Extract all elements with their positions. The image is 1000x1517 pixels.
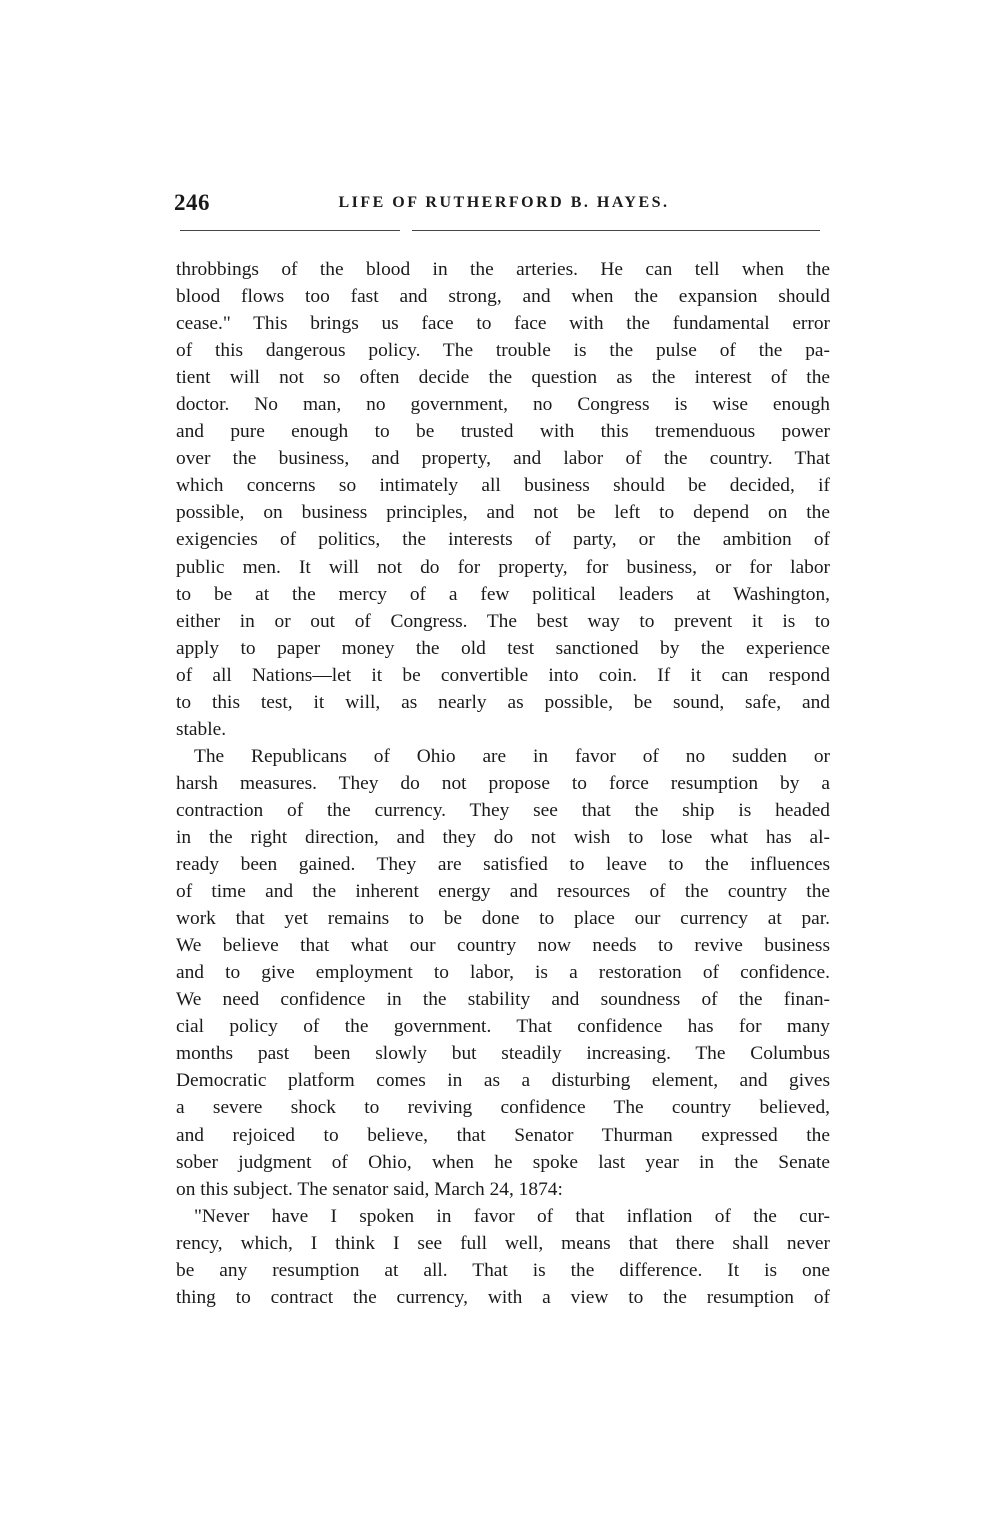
text-line: "Never have I spoken in favor of that in… xyxy=(176,1203,830,1230)
text-line: over the business, and property, and lab… xyxy=(176,445,830,472)
body-text: throbbings of the blood in the arteries.… xyxy=(176,256,830,1311)
text-line: thing to contract the currency, with a v… xyxy=(176,1284,830,1311)
text-line: Democratic platform comes in as a distur… xyxy=(176,1067,830,1094)
header-rule xyxy=(180,230,820,231)
text-line: cease." This brings us face to face with… xyxy=(176,310,830,337)
running-head: LIFE OF RUTHERFORD B. HAYES. xyxy=(244,194,764,212)
text-line: possible, on business principles, and no… xyxy=(176,499,830,526)
text-line: and pure enough to be trusted with this … xyxy=(176,418,830,445)
page-number: 246 xyxy=(174,190,210,216)
text-line: We believe that what our country now nee… xyxy=(176,932,830,959)
text-line: to be at the mercy of a few political le… xyxy=(176,581,830,608)
text-line: of all Nations—let it be convertible int… xyxy=(176,662,830,689)
text-line: doctor. No man, no government, no Congre… xyxy=(176,391,830,418)
text-line: contraction of the currency. They see th… xyxy=(176,797,830,824)
text-line: apply to paper money the old test sancti… xyxy=(176,635,830,662)
page-header: 246 LIFE OF RUTHERFORD B. HAYES. xyxy=(174,190,826,220)
text-line: exigencies of politics, the interests of… xyxy=(176,526,830,553)
text-line: blood flows too fast and strong, and whe… xyxy=(176,283,830,310)
text-line: stable. xyxy=(176,716,830,743)
text-line: of time and the inherent energy and reso… xyxy=(176,878,830,905)
text-line: be any resumption at all. That is the di… xyxy=(176,1257,830,1284)
text-line: and to give employment to labor, is a re… xyxy=(176,959,830,986)
text-line: We need confidence in the stability and … xyxy=(176,986,830,1013)
text-line: and rejoiced to believe, that Senator Th… xyxy=(176,1122,830,1149)
text-line: a severe shock to reviving confidence Th… xyxy=(176,1094,830,1121)
header-rule-gap xyxy=(400,226,412,234)
text-line: ready been gained. They are satisfied to… xyxy=(176,851,830,878)
text-line: which concerns so intimately all busines… xyxy=(176,472,830,499)
text-line: sober judgment of Ohio, when he spoke la… xyxy=(176,1149,830,1176)
text-line: on this subject. The senator said, March… xyxy=(176,1176,830,1203)
text-line: rency, which, I think I see full well, m… xyxy=(176,1230,830,1257)
text-line: either in or out of Congress. The best w… xyxy=(176,608,830,635)
text-line: months past been slowly but steadily inc… xyxy=(176,1040,830,1067)
text-line: harsh measures. They do not propose to f… xyxy=(176,770,830,797)
text-line: cial policy of the government. That conf… xyxy=(176,1013,830,1040)
book-page: 246 LIFE OF RUTHERFORD B. HAYES. throbbi… xyxy=(0,0,1000,1517)
text-line: in the right direction, and they do not … xyxy=(176,824,830,851)
text-line: throbbings of the blood in the arteries.… xyxy=(176,256,830,283)
text-line: of this dangerous policy. The trouble is… xyxy=(176,337,830,364)
text-line: to this test, it will, as nearly as poss… xyxy=(176,689,830,716)
text-line: tient will not so often decide the quest… xyxy=(176,364,830,391)
text-line: The Republicans of Ohio are in favor of … xyxy=(176,743,830,770)
text-line: work that yet remains to be done to plac… xyxy=(176,905,830,932)
text-line: public men. It will not do for property,… xyxy=(176,554,830,581)
